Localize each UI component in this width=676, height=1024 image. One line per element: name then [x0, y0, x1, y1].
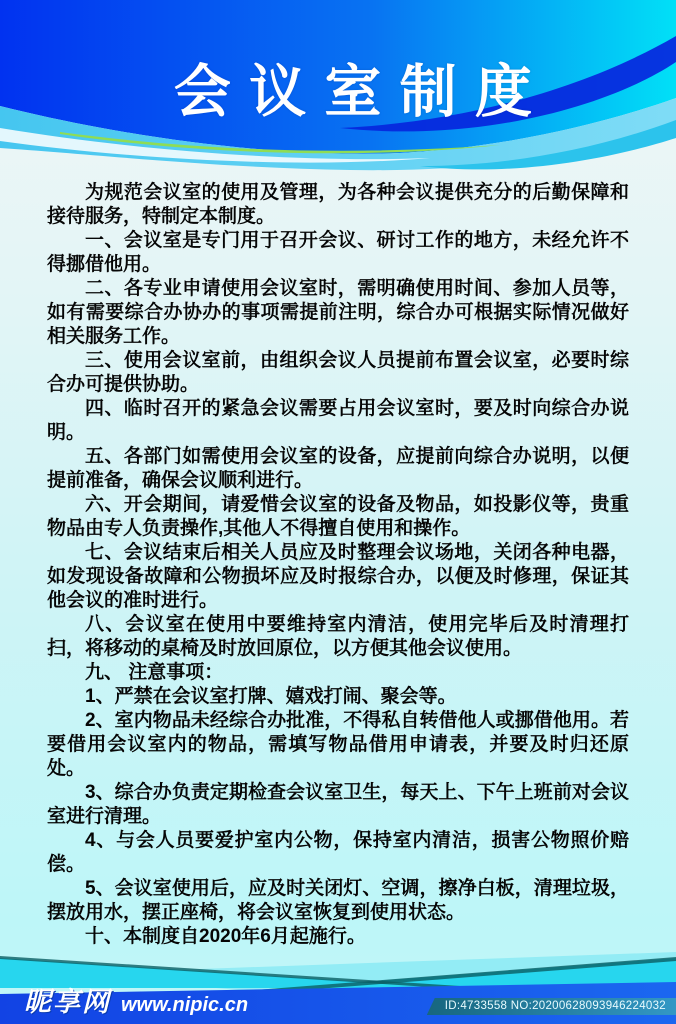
footer-bar: 昵享网 www.nipic.cn ID:4733558 NO:202006280…: [0, 984, 676, 1024]
rule-paragraph-2: 二、各专业申请使用会议室时，需明确使用时间、参加人员等，如有需要综合办协办的事项…: [47, 277, 629, 349]
meeting-room-rules-poster: 会议室制度 为规范会议室的使用及管理，为各种会议提供充分的后勤保障和接待服务，特…: [0, 0, 676, 1024]
rule-paragraph-10: 十、本制度自2020年6月起施行。: [47, 925, 629, 949]
rule-paragraph-8: 八、会议室在使用中要维持室内清洁，使用完毕后及时清理打扫，将移动的桌椅及时放回原…: [47, 613, 629, 661]
rule-paragraph-5: 五、各部门如需使用会议室的设备，应提前向综合办说明，以便提前准备，确保会议顺利进…: [47, 445, 629, 493]
note-item-5: 5、会议室使用后，应及时关闭灯、空调，擦净白板，清理垃圾，摆放用水，摆正座椅，将…: [47, 877, 629, 925]
nipic-logo: 昵享网: [24, 980, 111, 1019]
watermark-logo-group: 昵享网 www.nipic.cn: [24, 980, 248, 1019]
note-item-1: 1、严禁在会议室打牌、嬉戏打闹、聚会等。: [47, 685, 629, 709]
nipic-url: www.nipic.cn: [121, 994, 248, 1017]
rule-paragraph-4: 四、临时召开的紧急会议需要占用会议室时，要及时向综合办说明。: [47, 397, 629, 445]
rule-paragraph-6: 六、开会期间，请爱惜会议室的设备及物品，如投影仪等，贵重物品由专人负责操作,其他…: [47, 493, 629, 541]
rules-text-block: 为规范会议室的使用及管理，为各种会议提供充分的后勤保障和接待服务，特制定本制度。…: [47, 181, 629, 1001]
rule-paragraph-3: 三、使用会议室前，由组织会议人员提前布置会议室，必要时综合办可提供协助。: [47, 349, 629, 397]
image-id-badge: ID:4733558 NO:20200628093946224032: [427, 998, 676, 1015]
intro-paragraph: 为规范会议室的使用及管理，为各种会议提供充分的后勤保障和接待服务，特制定本制度。: [47, 181, 629, 229]
note-item-3: 3、综合办负责定期检查会议室卫生，每天上、下午上班前对会议室进行清理。: [47, 781, 629, 829]
rule-paragraph-9-heading: 九、 注意事项：: [47, 661, 629, 685]
rule-paragraph-7: 七、会议结束后相关人员应及时整理会议场地，关闭各种电器，如发现设备故障和公物损坏…: [47, 541, 629, 613]
note-item-2: 2、室内物品未经综合办批准，不得私自转借他人或挪借他用。若要借用会议室内的物品，…: [47, 709, 629, 781]
rule-paragraph-1: 一、会议室是专门用于召开会议、研讨工作的地方，未经允许不得挪借他用。: [47, 229, 629, 277]
page-title: 会议室制度: [0, 46, 676, 128]
note-item-4: 4、与会人员要爱护室内公物，保持室内清洁，损害公物照价赔偿。: [47, 829, 629, 877]
